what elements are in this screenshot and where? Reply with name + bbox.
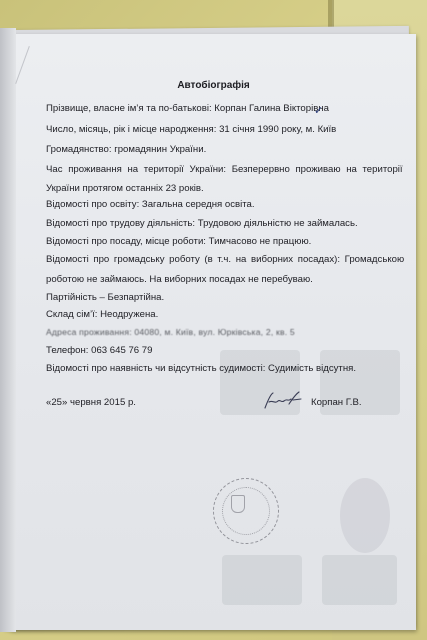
field-public-work-cont: роботою не займаюсь. На виборних посадах… bbox=[46, 274, 313, 285]
ghost-head bbox=[340, 478, 390, 553]
trident-emblem-icon bbox=[231, 495, 245, 513]
field-citizenship: Громадянство: громадянин України. bbox=[46, 144, 206, 155]
official-seal-icon bbox=[213, 478, 279, 544]
field-family: Склад сім’ї: Неодружена. bbox=[46, 309, 158, 320]
ghost-photo-4 bbox=[322, 555, 397, 605]
field-criminal-record: Відомості про наявність чи відсутність с… bbox=[46, 363, 356, 374]
document-date: «25» червня 2015 р. bbox=[46, 397, 136, 408]
page-curl-edge bbox=[0, 28, 16, 632]
ghost-photo-3 bbox=[222, 555, 302, 605]
field-phone: Телефон: 063 645 76 79 bbox=[46, 345, 152, 356]
field-employment: Відомості про трудову діяльність: Трудов… bbox=[46, 218, 358, 229]
field-party: Партійність – Безпартійна. bbox=[46, 292, 164, 303]
field-public-work: Відомості про громадську роботу (в т.ч. … bbox=[46, 254, 404, 265]
field-position: Відомості про посаду, місце роботи: Тимч… bbox=[46, 236, 311, 247]
field-address: Адреса проживання: 04080, м. Київ, вул. … bbox=[46, 327, 295, 337]
field-education: Відомості про освіту: Загальна середня о… bbox=[46, 199, 255, 210]
field-residence-period-cont: України протягом останніх 23 років. bbox=[46, 183, 204, 194]
document-title: Автобіографія bbox=[0, 80, 427, 91]
signature-icon bbox=[263, 390, 303, 412]
check-mark-icon: ✓ bbox=[314, 104, 323, 117]
signer-name: Корпан Г.В. bbox=[311, 397, 362, 408]
field-residence-period: Час проживання на території України: Без… bbox=[46, 164, 403, 175]
field-birth: Число, місяць, рік і місце народження: 3… bbox=[46, 124, 336, 135]
seal-inner-ring bbox=[222, 487, 270, 535]
field-name: Прізвище, власне ім’я та по-батькові: Ко… bbox=[46, 103, 329, 114]
